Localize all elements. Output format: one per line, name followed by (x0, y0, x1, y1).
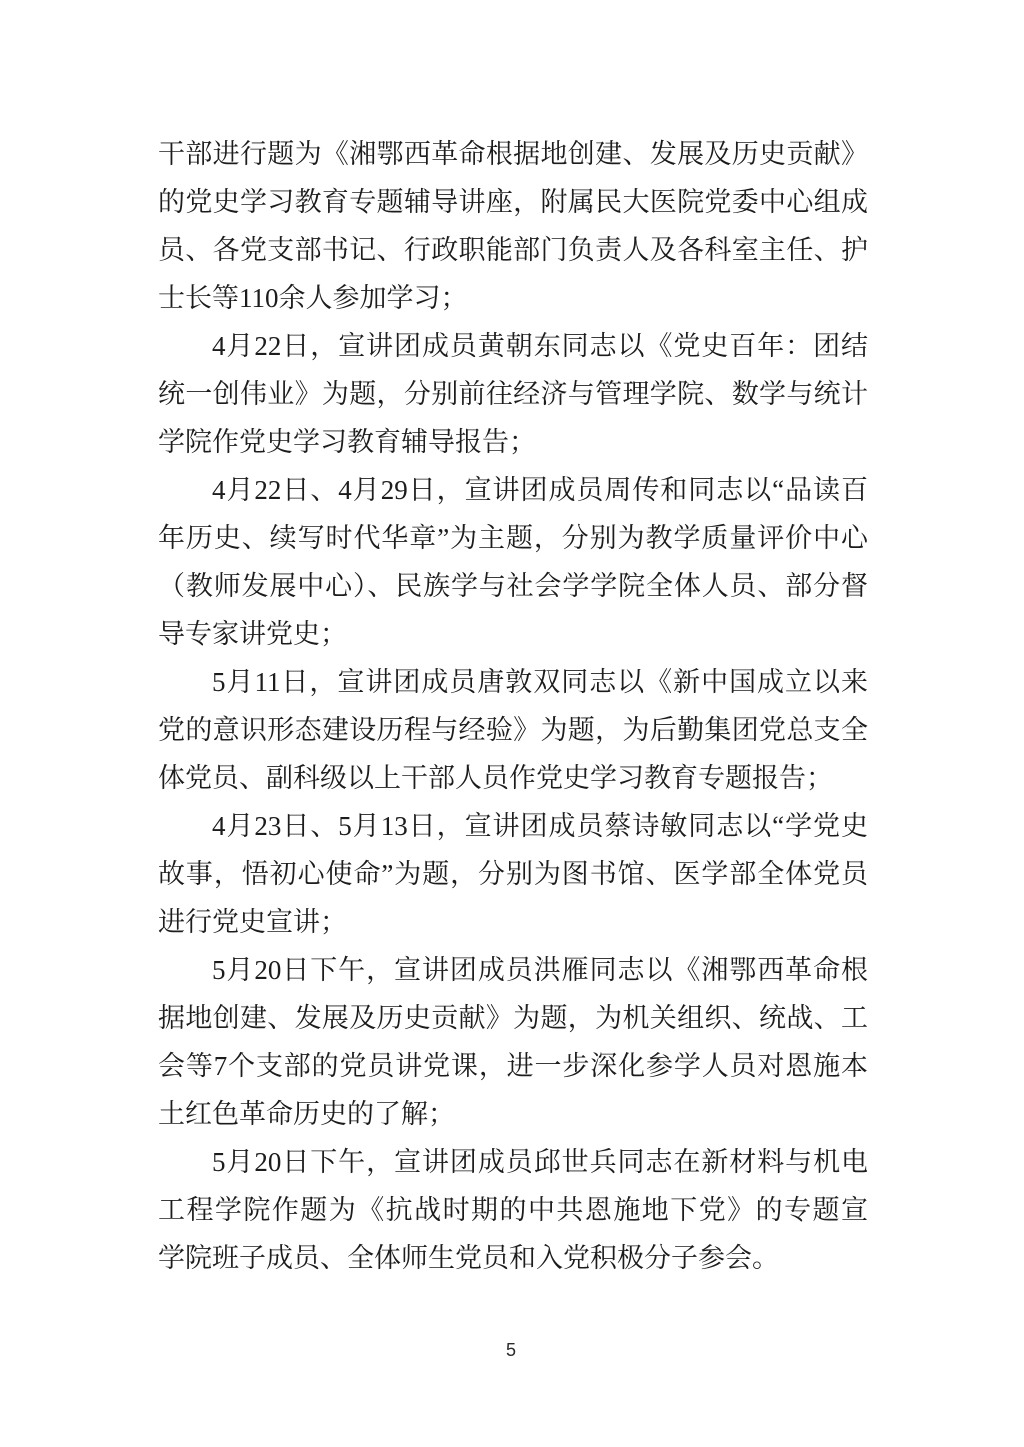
paragraph: 4月22日，宣讲团成员黄朝东同志以《党史百年：团结统一创伟业》为题，分别前往经济… (158, 322, 868, 466)
text-line: 4月22日，宣讲团成员黄朝东同志以《党史百年：团结 (158, 322, 868, 370)
text-line: 员、各党支部书记、行政职能部门负责人及各科室主任、护 (158, 226, 868, 274)
paragraph: 5月20日下午，宣讲团成员邱世兵同志在新材料与机电工程学院作题为《抗战时期的中共… (158, 1138, 868, 1282)
text-line: 据地创建、发展及历史贡献》为题，为机关组织、统战、工 (158, 994, 868, 1042)
paragraph: 4月22日、4月29日，宣讲团成员周传和同志以“品读百年历史、续写时代华章”为主… (158, 466, 868, 658)
text-line: 学院作党史学习教育辅导报告； (158, 418, 868, 466)
text-line: 5月11日，宣讲团成员唐敦双同志以《新中国成立以来 (158, 658, 868, 706)
paragraph: 5月20日下午，宣讲团成员洪雁同志以《湘鄂西革命根据地创建、发展及历史贡献》为题… (158, 946, 868, 1138)
paragraph: 干部进行题为《湘鄂西革命根据地创建、发展及历史贡献》的党史学习教育专题辅导讲座，… (158, 130, 868, 322)
text-line: 学院班子成员、全体师生党员和入党积极分子参会。 (158, 1234, 868, 1282)
text-line: 的党史学习教育专题辅导讲座，附属民大医院党委中心组成 (158, 178, 868, 226)
text-line: 导专家讲党史； (158, 610, 868, 658)
paragraph: 4月23日、5月13日，宣讲团成员蔡诗敏同志以“学党史故事，悟初心使命”为题，分… (158, 802, 868, 946)
text-line: 年历史、续写时代华章”为主题，分别为教学质量评价中心 (158, 514, 868, 562)
text-line: 统一创伟业》为题，分别前往经济与管理学院、数学与统计 (158, 370, 868, 418)
paragraph: 5月11日，宣讲团成员唐敦双同志以《新中国成立以来党的意识形态建设历程与经验》为… (158, 658, 868, 802)
text-line: 会等7个支部的党员讲党课，进一步深化参学人员对恩施本 (158, 1042, 868, 1090)
text-line: 党的意识形态建设历程与经验》为题，为后勤集团党总支全 (158, 706, 868, 754)
text-line: 体党员、副科级以上干部人员作党史学习教育专题报告； (158, 754, 868, 802)
text-line: 土红色革命历史的了解； (158, 1090, 868, 1138)
text-line: 5月20日下午，宣讲团成员邱世兵同志在新材料与机电 (158, 1138, 868, 1186)
text-line: 4月23日、5月13日，宣讲团成员蔡诗敏同志以“学党史 (158, 802, 868, 850)
text-line: 士长等110余人参加学习； (158, 274, 868, 322)
text-line: 工程学院作题为《抗战时期的中共恩施地下党》的专题宣讲， (158, 1186, 868, 1234)
text-line: 干部进行题为《湘鄂西革命根据地创建、发展及历史贡献》 (158, 130, 868, 178)
text-line: 4月22日、4月29日，宣讲团成员周传和同志以“品读百 (158, 466, 868, 514)
text-line: （教师发展中心）、民族学与社会学学院全体人员、部分督 (158, 562, 868, 610)
document-body: 干部进行题为《湘鄂西革命根据地创建、发展及历史贡献》的党史学习教育专题辅导讲座，… (158, 130, 868, 1282)
text-line: 5月20日下午，宣讲团成员洪雁同志以《湘鄂西革命根 (158, 946, 868, 994)
document-page: 干部进行题为《湘鄂西革命根据地创建、发展及历史贡献》的党史学习教育专题辅导讲座，… (0, 0, 1024, 1447)
page-number: 5 (0, 1340, 1022, 1361)
text-line: 故事，悟初心使命”为题，分别为图书馆、医学部全体党员 (158, 850, 868, 898)
text-line: 进行党史宣讲； (158, 898, 868, 946)
